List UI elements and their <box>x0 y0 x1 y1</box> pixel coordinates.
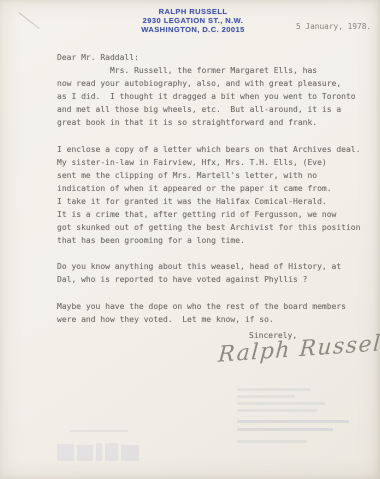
salutation: Dear Mr. Raddall: <box>57 51 369 64</box>
letter-line: now read your autobiography, also, and w… <box>57 77 369 90</box>
letter-line: as I did. I thought it dragged a bit whe… <box>57 90 369 103</box>
bleed-through-text <box>237 388 355 447</box>
bleed-through-stamp <box>57 437 139 461</box>
letter-line: I take it for granted it was the Halifax… <box>57 195 369 208</box>
letter-line: Mrs. Russell, the former Margaret Ells, … <box>57 64 369 77</box>
letter-line: were and how they voted. Let me know, if… <box>57 313 369 326</box>
letterhead-address-line2: WASHINGTON, D.C. 20015 <box>108 26 278 35</box>
letter-line: that has been grooming for a long time. <box>57 234 369 247</box>
signature: Ralph Russell <box>217 331 380 368</box>
letter-page: RALPH RUSSELL 2930 LEGATION ST., N.W. WA… <box>0 0 380 479</box>
letter-line: Do you know anything about this weasel, … <box>57 260 369 273</box>
date-line: 5 January, 1978. <box>296 22 371 31</box>
letter-line: I enclose a copy of a letter which bears… <box>57 143 369 156</box>
letter-line: sent me the clipping of Mrs. Martell's l… <box>57 169 369 182</box>
letter-line: got skunked out of getting the best Arch… <box>57 221 369 234</box>
letter-line: My sister-in-law in Fairview, Hfx, Mrs. … <box>57 156 369 169</box>
letterhead-stamp: RALPH RUSSELL 2930 LEGATION ST., N.W. WA… <box>108 8 278 34</box>
bleed-through-rule <box>70 430 128 432</box>
corner-fold-mark <box>18 12 39 29</box>
letter-line: Maybe you have the dope on who the rest … <box>57 300 369 313</box>
paragraph-2: I enclose a copy of a letter which bears… <box>57 143 369 248</box>
paragraph-3: Do you know anything about this weasel, … <box>57 260 369 286</box>
letter-line: Dal, who is reported to have voted again… <box>57 273 369 286</box>
letter-line: indication of when it appeared or the pa… <box>57 182 369 195</box>
letter-line: great book in that it is so straightforw… <box>57 116 369 129</box>
paragraph-1: Mrs. Russell, the former Margaret Ells, … <box>57 64 369 129</box>
paragraph-4: Maybe you have the dope on who the rest … <box>57 300 369 326</box>
letter-line: and met all those big wheels, etc. But a… <box>57 103 369 116</box>
letter-body: Dear Mr. Raddall: Mrs. Russell, the form… <box>57 51 369 326</box>
letter-line: It is a crime that, after getting rid of… <box>57 208 369 221</box>
